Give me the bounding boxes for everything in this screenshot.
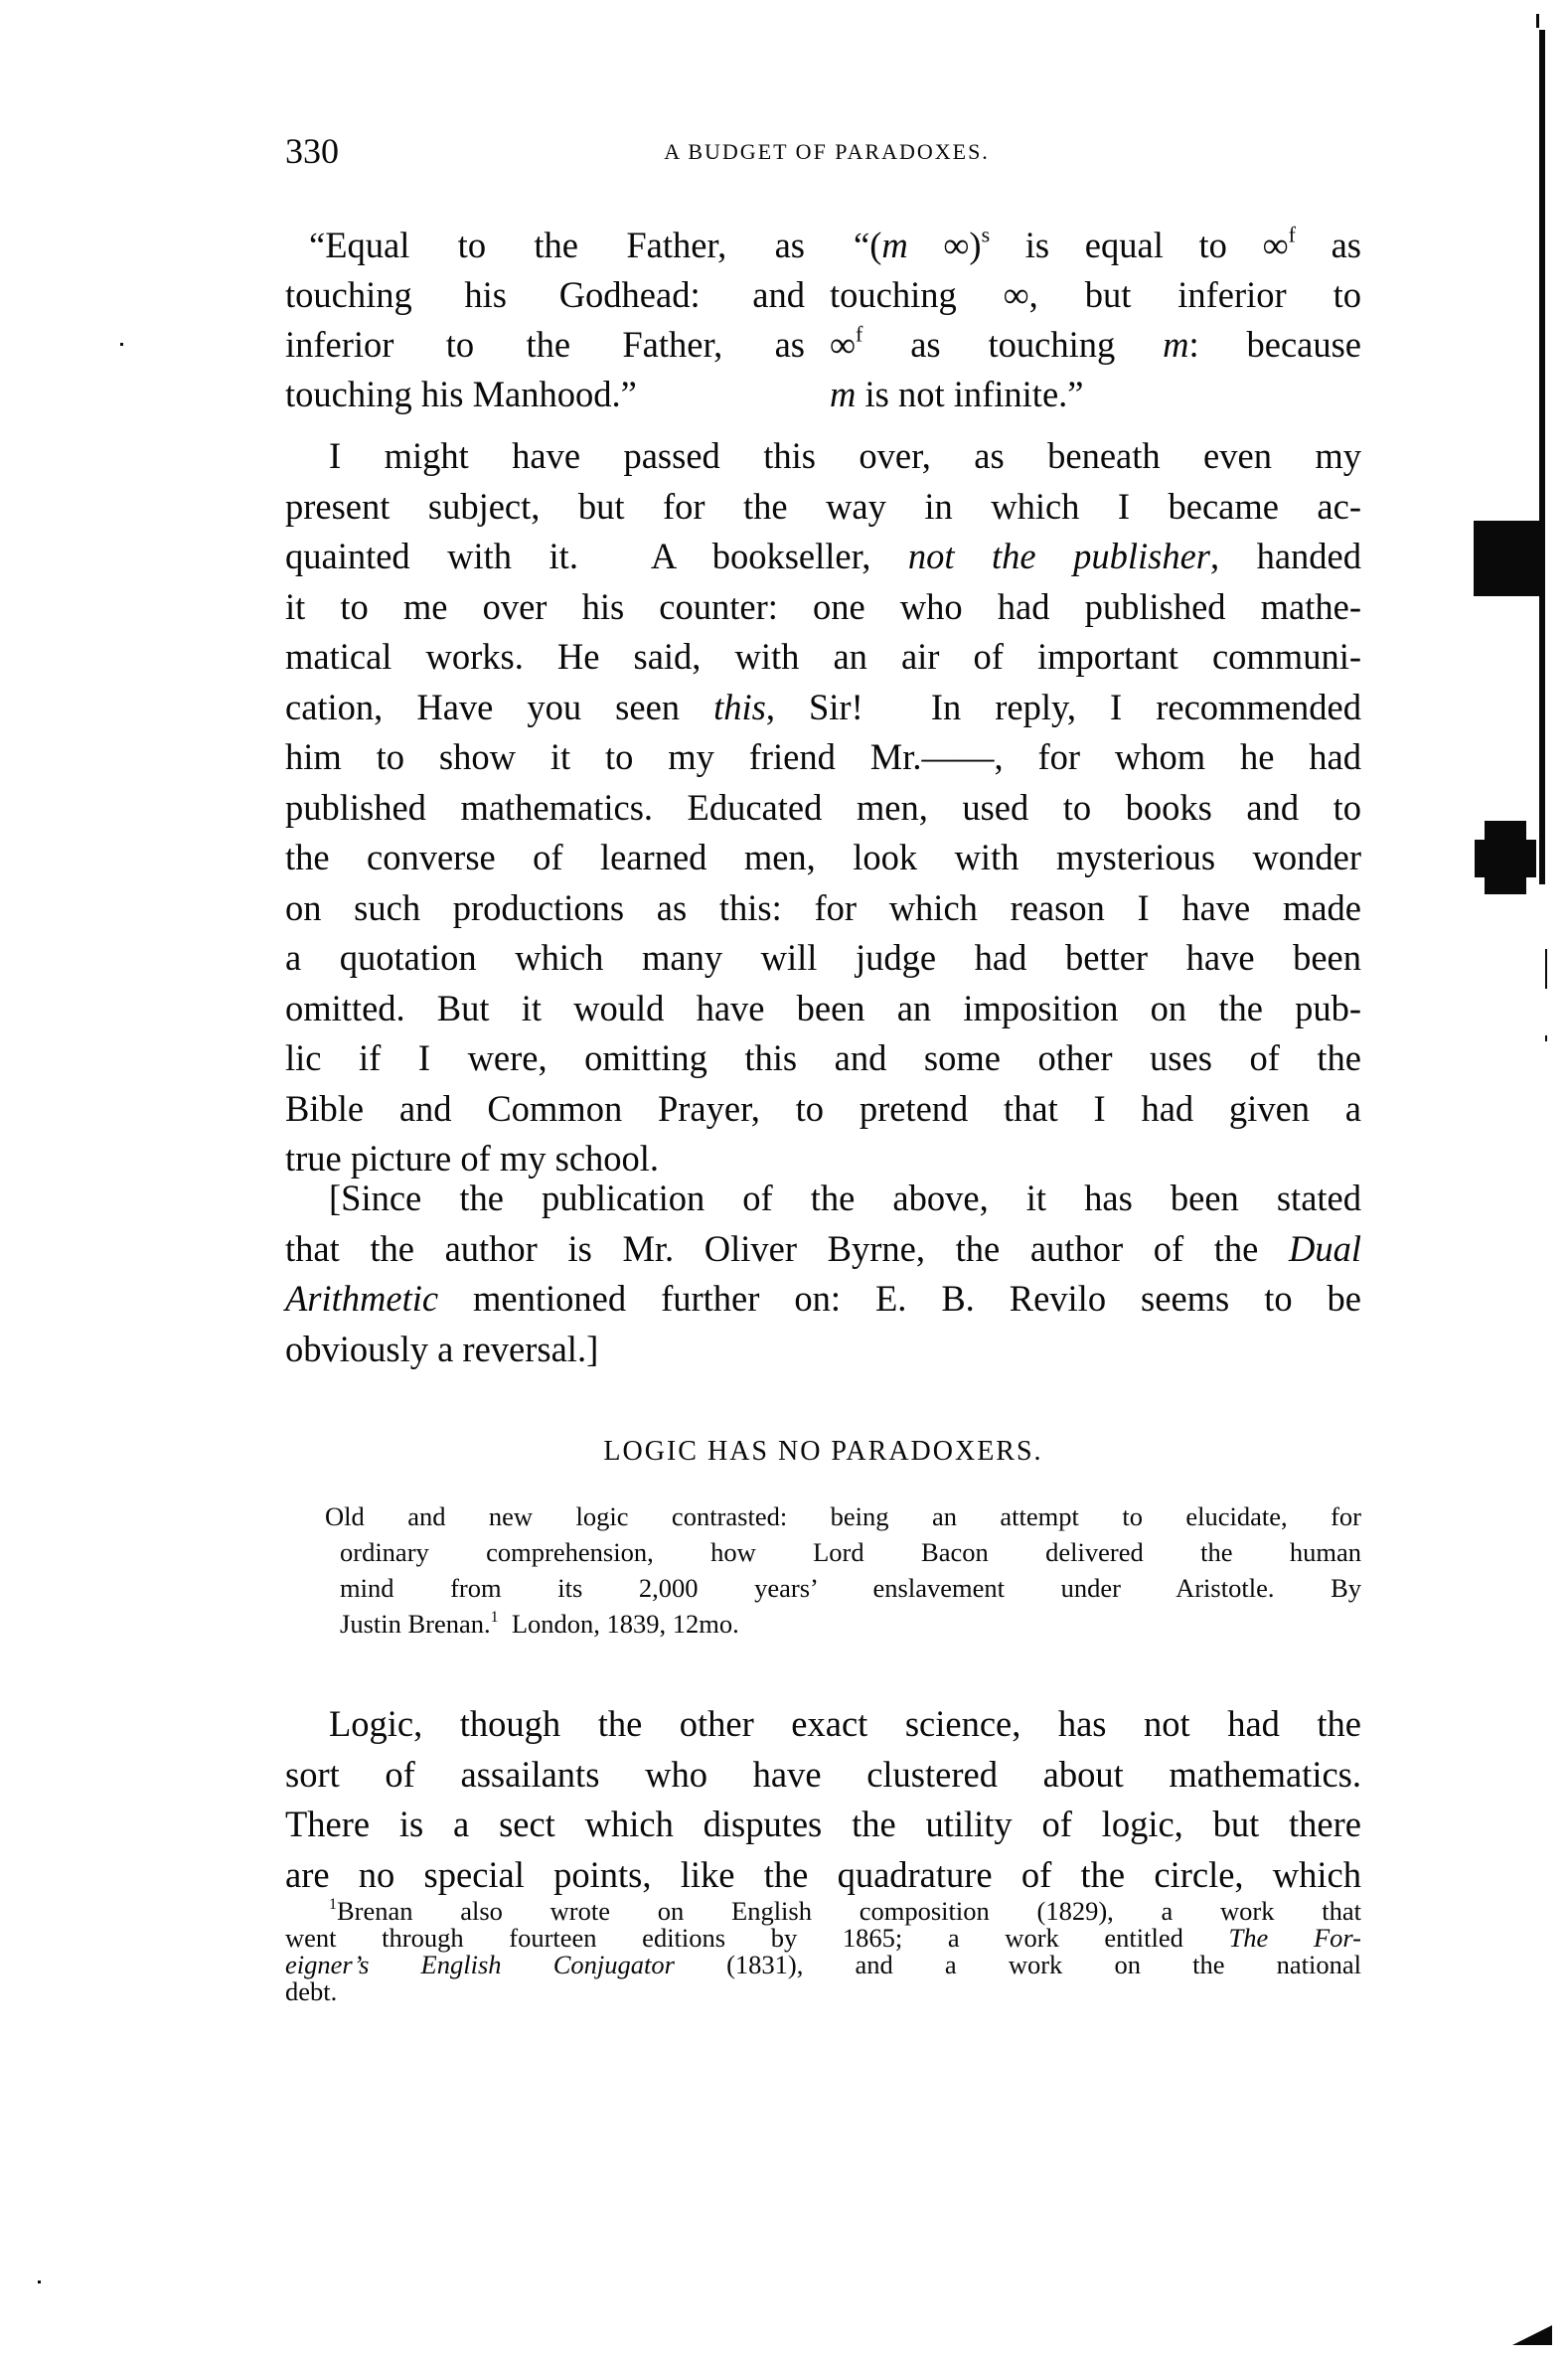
math-variable: m [830,374,856,414]
paragraph-1: I might have passed this over, as beneat… [285,431,1361,1184]
text-line: matical works. He said, with an air of i… [285,632,1361,683]
text-line: There is a sect which disputes the utili… [285,1800,1361,1850]
text-line: eigner’s English Conjugator (1831), and … [285,1952,1361,1978]
footnote: 1Brenan also wrote on English compositio… [285,1898,1361,2005]
text-line: went through fourteen editions by 1865; … [285,1925,1361,1952]
paragraph-2: [Since the publication of the above, it … [285,1174,1361,1374]
text-line: mind from its 2,000 years’ enslavement u… [325,1570,1361,1606]
text-line: touching ∞, but inferior to [830,270,1361,320]
math-variable: m [1163,324,1188,365]
text-line: quainted with it. A bookseller, not the … [285,532,1361,582]
text-line: published mathematics. Educated men, use… [285,783,1361,834]
running-head: 330 A BUDGET OF PARADOXES. [285,131,1361,171]
quote-left-column: “Equal to the Father, as touching his Go… [285,221,805,419]
italic-phrase: not the publisher [908,536,1210,576]
paragraph-3: Logic, though the other exact science, h… [285,1699,1361,1900]
text-line: inferior to the Father, as [285,320,805,370]
text-line: Old and new logic contrasted: being an a… [325,1498,1361,1534]
text-line: omitted. But it would have been an impos… [285,984,1361,1034]
text-line: sort of assailants who have clustered ab… [285,1750,1361,1801]
text-line: “(m ∞)s is equal to ∞f as [830,221,1361,270]
text-line: a quotation which many will judge had be… [285,933,1361,984]
text-line: him to show it to my friend Mr.——, for w… [285,732,1361,783]
text-line: Arithmetic mentioned further on: E. B. R… [285,1274,1361,1325]
text-line: touching his Godhead: and [285,270,805,320]
page-number: 330 [285,131,339,171]
scan-artifact [1545,949,1547,989]
text-line: “Equal to the Father, as [285,221,805,270]
running-title: A BUDGET OF PARADOXES. [444,137,1209,167]
text-line: I might have passed this over, as beneat… [285,431,1361,482]
scan-edge-rule [1539,30,1545,884]
scan-artifact [1536,14,1539,28]
scan-speck [120,343,123,346]
text-line: ∞f as touching m: because [830,320,1361,370]
italic-phrase: Arithmetic [285,1278,438,1319]
text-line: lic if I were, omitting this and some ot… [285,1033,1361,1084]
text-line: cation, Have you seen this, Sir! In repl… [285,683,1361,733]
text-line: [Since the publication of the above, it … [285,1174,1361,1224]
scan-corner-mark [1512,2325,1552,2345]
math-variable: m [881,225,907,265]
text-line: Bible and Common Prayer, to pretend that… [285,1084,1361,1135]
scan-artifact [1475,840,1536,877]
text-line: touching his Manhood.” [285,370,805,419]
footnote-reference: 1 [491,1609,499,1626]
italic-phrase: Dual [1289,1228,1361,1269]
scan-speck [38,2281,41,2283]
text-line: obviously a reversal.] [285,1325,1361,1375]
text-line: m is not infinite.” [830,370,1361,419]
footnote-marker: 1 [329,1896,337,1913]
text-line: Justin Brenan.1 London, 1839, 12mo. [325,1606,1361,1642]
scan-artifact [1475,539,1487,578]
bibliographic-entry: Old and new logic contrasted: being an a… [325,1498,1361,1642]
text-line: on such productions as this: for which r… [285,883,1361,934]
scan-artifact [1545,1035,1547,1041]
text-line: the converse of learned men, look with m… [285,833,1361,883]
italic-phrase: The For- [1229,1923,1361,1953]
section-heading: LOGIC HAS NO PARADOXERS. [285,1432,1361,1472]
parallel-quote: “Equal to the Father, as touching his Go… [285,221,1361,419]
text-line: debt. [285,1978,1361,2005]
text-line: that the author is Mr. Oliver Byrne, the… [285,1224,1361,1275]
italic-phrase: this [713,687,766,727]
text-line: Logic, though the other exact science, h… [285,1699,1361,1750]
text-line: are no special points, like the quadratu… [285,1850,1361,1901]
text-line: present subject, but for the way in whic… [285,482,1361,533]
text-line: ordinary comprehension, how Lord Bacon d… [325,1534,1361,1570]
italic-phrase: eigner’s English Conjugator [285,1950,675,1979]
text-line: 1Brenan also wrote on English compositio… [285,1898,1361,1925]
footnote-text: Brenan also wrote on English composition… [337,1896,1361,1926]
text-line: it to me over his counter: one who had p… [285,582,1361,633]
quote-right-column: “(m ∞)s is equal to ∞f as touching ∞, bu… [830,221,1361,419]
